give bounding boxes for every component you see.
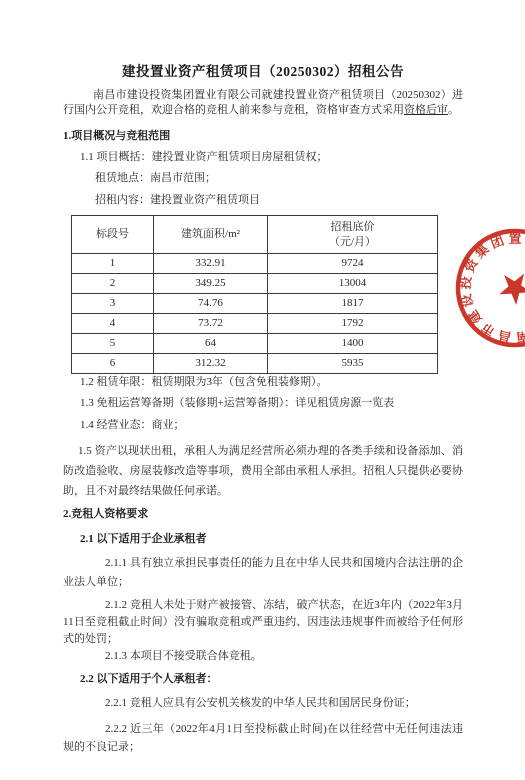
item-1-5: 1.5 资产以现状出租，承租人为满足经营所必须办理的各类手续和设备添加、消防改造… bbox=[63, 441, 463, 501]
item-1-3: 1.3 免租运营筹备期（装修期+运营筹备期）：详见租赁房源一览表 bbox=[63, 395, 463, 411]
table-cell: 74.76 bbox=[154, 294, 268, 314]
document-content: 建投置业资产租赁项目（20250302）招租公告 南昌市建设投资集团置业有限公司… bbox=[0, 0, 525, 756]
header-area: 建筑面积/m² bbox=[154, 216, 268, 254]
item-2-2: 2.2 以下适用于个人承租者： bbox=[63, 671, 463, 687]
header-base-price-line2: （元/月） bbox=[329, 236, 376, 248]
table-row: 1332.919724 bbox=[72, 254, 438, 274]
table-row: 5641400 bbox=[72, 334, 438, 354]
item-2-1-1: 2.1.1 具有独立承担民事责任的能力且在中华人民共和国境内合法注册的企业法人单… bbox=[63, 554, 463, 592]
item-2-2-2: 2.2.2 近三年（2022年4月1日至投标截止时间)在以往经营中无任何违法违规… bbox=[63, 720, 463, 756]
table-row: 374.761817 bbox=[72, 294, 438, 314]
table-cell: 3 bbox=[72, 294, 154, 314]
table-cell: 5935 bbox=[268, 354, 438, 374]
table-cell: 2 bbox=[72, 274, 154, 294]
table-cell: 9724 bbox=[268, 254, 438, 274]
document-page: 建投置业资产租赁项目（20250302）招租公告 南昌市建设投资集团置业有限公司… bbox=[0, 0, 525, 780]
header-base-price: 招租底价（元/月） bbox=[268, 216, 438, 254]
table-cell: 1400 bbox=[268, 334, 438, 354]
header-base-price-line1: 招租底价 bbox=[331, 221, 375, 233]
table-row: 2349.2513004 bbox=[72, 274, 438, 294]
item-1-1: 1.1 项目概括：建投置业资产租赁项目房屋租赁权； bbox=[63, 149, 463, 165]
table-cell: 73.72 bbox=[154, 314, 268, 334]
underlined-term: 资格后审 bbox=[404, 104, 448, 116]
table-row: 473.721792 bbox=[72, 314, 438, 334]
item-1-4: 1.4 经营业态：商业； bbox=[63, 417, 463, 433]
intro-paragraph: 南昌市建设投资集团置业有限公司就建投置业资产租赁项目（20250302）进行国内… bbox=[63, 88, 463, 118]
table-cell: 4 bbox=[72, 314, 154, 334]
table-cell: 332.91 bbox=[154, 254, 268, 274]
item-2-1-3: 2.1.3 本项目不接受联合体竞租。 bbox=[63, 648, 463, 664]
lease-sections-table: 标段号 建筑面积/m² 招租底价（元/月） 1332.9197242349.25… bbox=[71, 215, 438, 374]
lease-table-body: 1332.9197242349.2513004374.761817473.721… bbox=[72, 254, 438, 374]
lease-content-line: 招租内容：建投置业资产租赁项目 bbox=[63, 192, 463, 208]
table-cell: 1817 bbox=[268, 294, 438, 314]
item-2-2-1: 2.2.1 竞租人应具有公安机关核发的中华人民共和国居民身份证； bbox=[63, 695, 463, 711]
table-cell: 1 bbox=[72, 254, 154, 274]
section2-heading: 2.竞租人资格要求 bbox=[63, 506, 463, 522]
page-title: 建投置业资产租赁项目（20250302）招租公告 bbox=[63, 62, 463, 82]
table-cell: 64 bbox=[154, 334, 268, 354]
table-cell: 1792 bbox=[268, 314, 438, 334]
intro-text-before: 南昌市建设投资集团置业有限公司就建投置业资产租赁项目（20250302）进行国内… bbox=[63, 89, 463, 116]
table-cell: 349.25 bbox=[154, 274, 268, 294]
item-1-2: 1.2 租赁年限：租赁期限为3年（包含免租装修期）。 bbox=[63, 374, 463, 390]
table-row: 6312.325935 bbox=[72, 354, 438, 374]
item-2-1: 2.1 以下适用于企业承租者 bbox=[63, 531, 463, 547]
table-cell: 13004 bbox=[268, 274, 438, 294]
table-cell: 5 bbox=[72, 334, 154, 354]
item-2-1-2: 2.1.2 竞租人未处于财产被接管、冻结，破产状态，在近3年内（2022年3月1… bbox=[63, 597, 463, 648]
section1-heading: 1.项目概况与竞租范围 bbox=[63, 128, 463, 144]
table-header-row: 标段号 建筑面积/m² 招租底价（元/月） bbox=[72, 216, 438, 254]
table-cell: 312.32 bbox=[154, 354, 268, 374]
lease-location-line: 租赁地点：南昌市范围； bbox=[63, 170, 463, 186]
table-cell: 6 bbox=[72, 354, 154, 374]
intro-text-after: 。 bbox=[448, 104, 459, 116]
header-section-no: 标段号 bbox=[72, 216, 154, 254]
